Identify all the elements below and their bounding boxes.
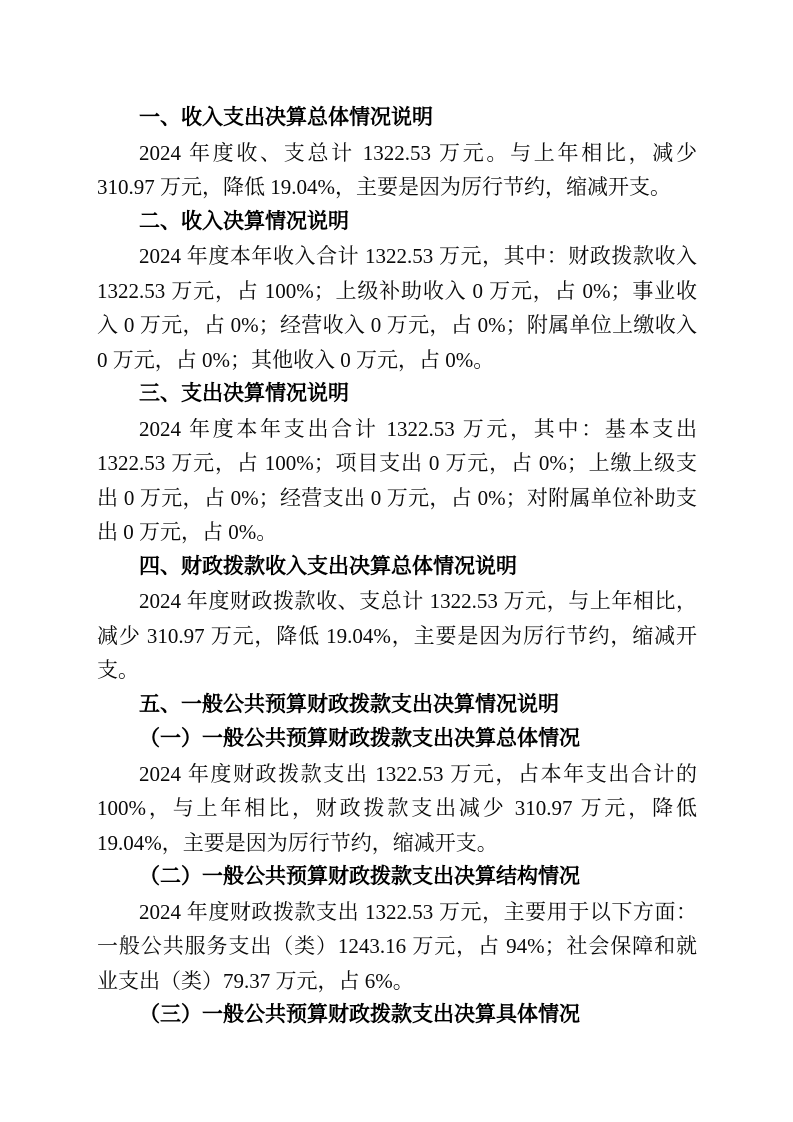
heading-fiscal-appropriation-overall: 四、财政拨款收入支出决算总体情况说明 — [97, 550, 697, 585]
para-revenue-final-accounts: 2024 年度本年收入合计 1322.53 万元，其中：财政拨款收入 1322.… — [97, 239, 697, 377]
para-general-budget-overall-situation: 2024 年度财政拨款支出 1322.53 万元，占本年支出合计的 100%，与… — [97, 757, 697, 861]
para-overall-income-expenditure-summary: 2024 年度收、支总计 1322.53 万元。与上年相比，减少 310.97 … — [97, 136, 697, 205]
document-body: 一、收入支出决算总体情况说明 2024 年度收、支总计 1322.53 万元。与… — [97, 101, 697, 1033]
subheading-general-budget-overall-situation: （一）一般公共预算财政拨款支出决算总体情况 — [97, 722, 697, 757]
subheading-general-budget-structure-situation: （二）一般公共预算财政拨款支出决算结构情况 — [97, 860, 697, 895]
heading-revenue-final-accounts: 二、收入决算情况说明 — [97, 205, 697, 240]
para-expenditure-final-accounts: 2024 年度本年支出合计 1322.53 万元，其中：基本支出 1322.53… — [97, 412, 697, 550]
para-fiscal-appropriation-overall: 2024 年度财政拨款收、支总计 1322.53 万元，与上年相比，减少 310… — [97, 584, 697, 688]
heading-general-public-budget-expenditure: 五、一般公共预算财政拨款支出决算情况说明 — [97, 688, 697, 723]
subheading-general-budget-specific-situation: （三）一般公共预算财政拨款支出决算具体情况 — [97, 998, 697, 1033]
heading-overall-income-expenditure-summary: 一、收入支出决算总体情况说明 — [97, 101, 697, 136]
para-general-budget-structure-situation: 2024 年度财政拨款支出 1322.53 万元，主要用于以下方面：一般公共服务… — [97, 895, 697, 999]
heading-expenditure-final-accounts: 三、支出决算情况说明 — [97, 377, 697, 412]
document-page: 一、收入支出决算总体情况说明 2024 年度收、支总计 1322.53 万元。与… — [0, 0, 793, 1122]
